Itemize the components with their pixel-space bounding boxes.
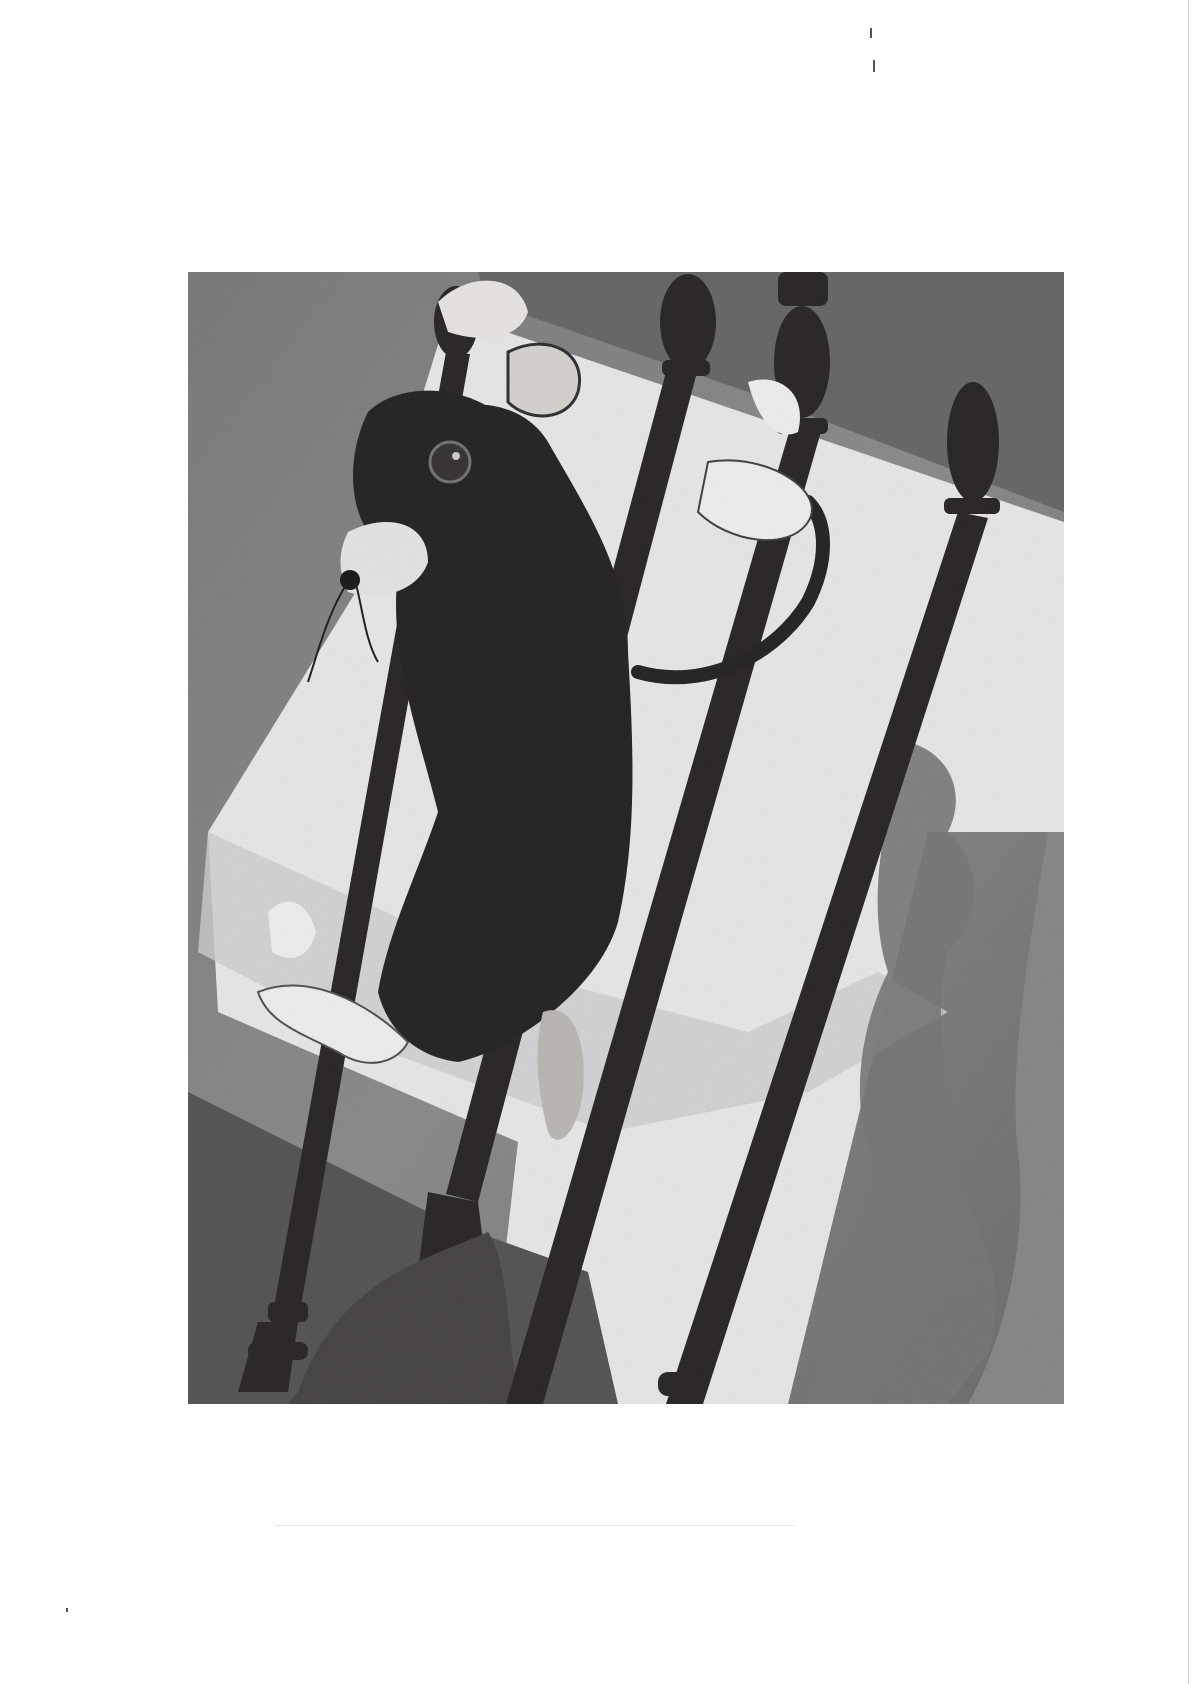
scanned-page: Photocopied black-and-white photograph o…	[0, 0, 1191, 1684]
scan-speck	[873, 60, 875, 72]
image-description: Photocopied black-and-white photograph o…	[0, 0, 1, 1]
page-edge	[1188, 0, 1189, 1684]
scan-line	[275, 1525, 795, 1526]
rat-eye	[430, 442, 470, 482]
photograph	[188, 272, 1064, 1404]
scan-speck	[870, 28, 872, 38]
rat-ear	[508, 344, 580, 416]
scan-speck	[66, 1608, 68, 1612]
photo-canvas	[188, 272, 1064, 1404]
